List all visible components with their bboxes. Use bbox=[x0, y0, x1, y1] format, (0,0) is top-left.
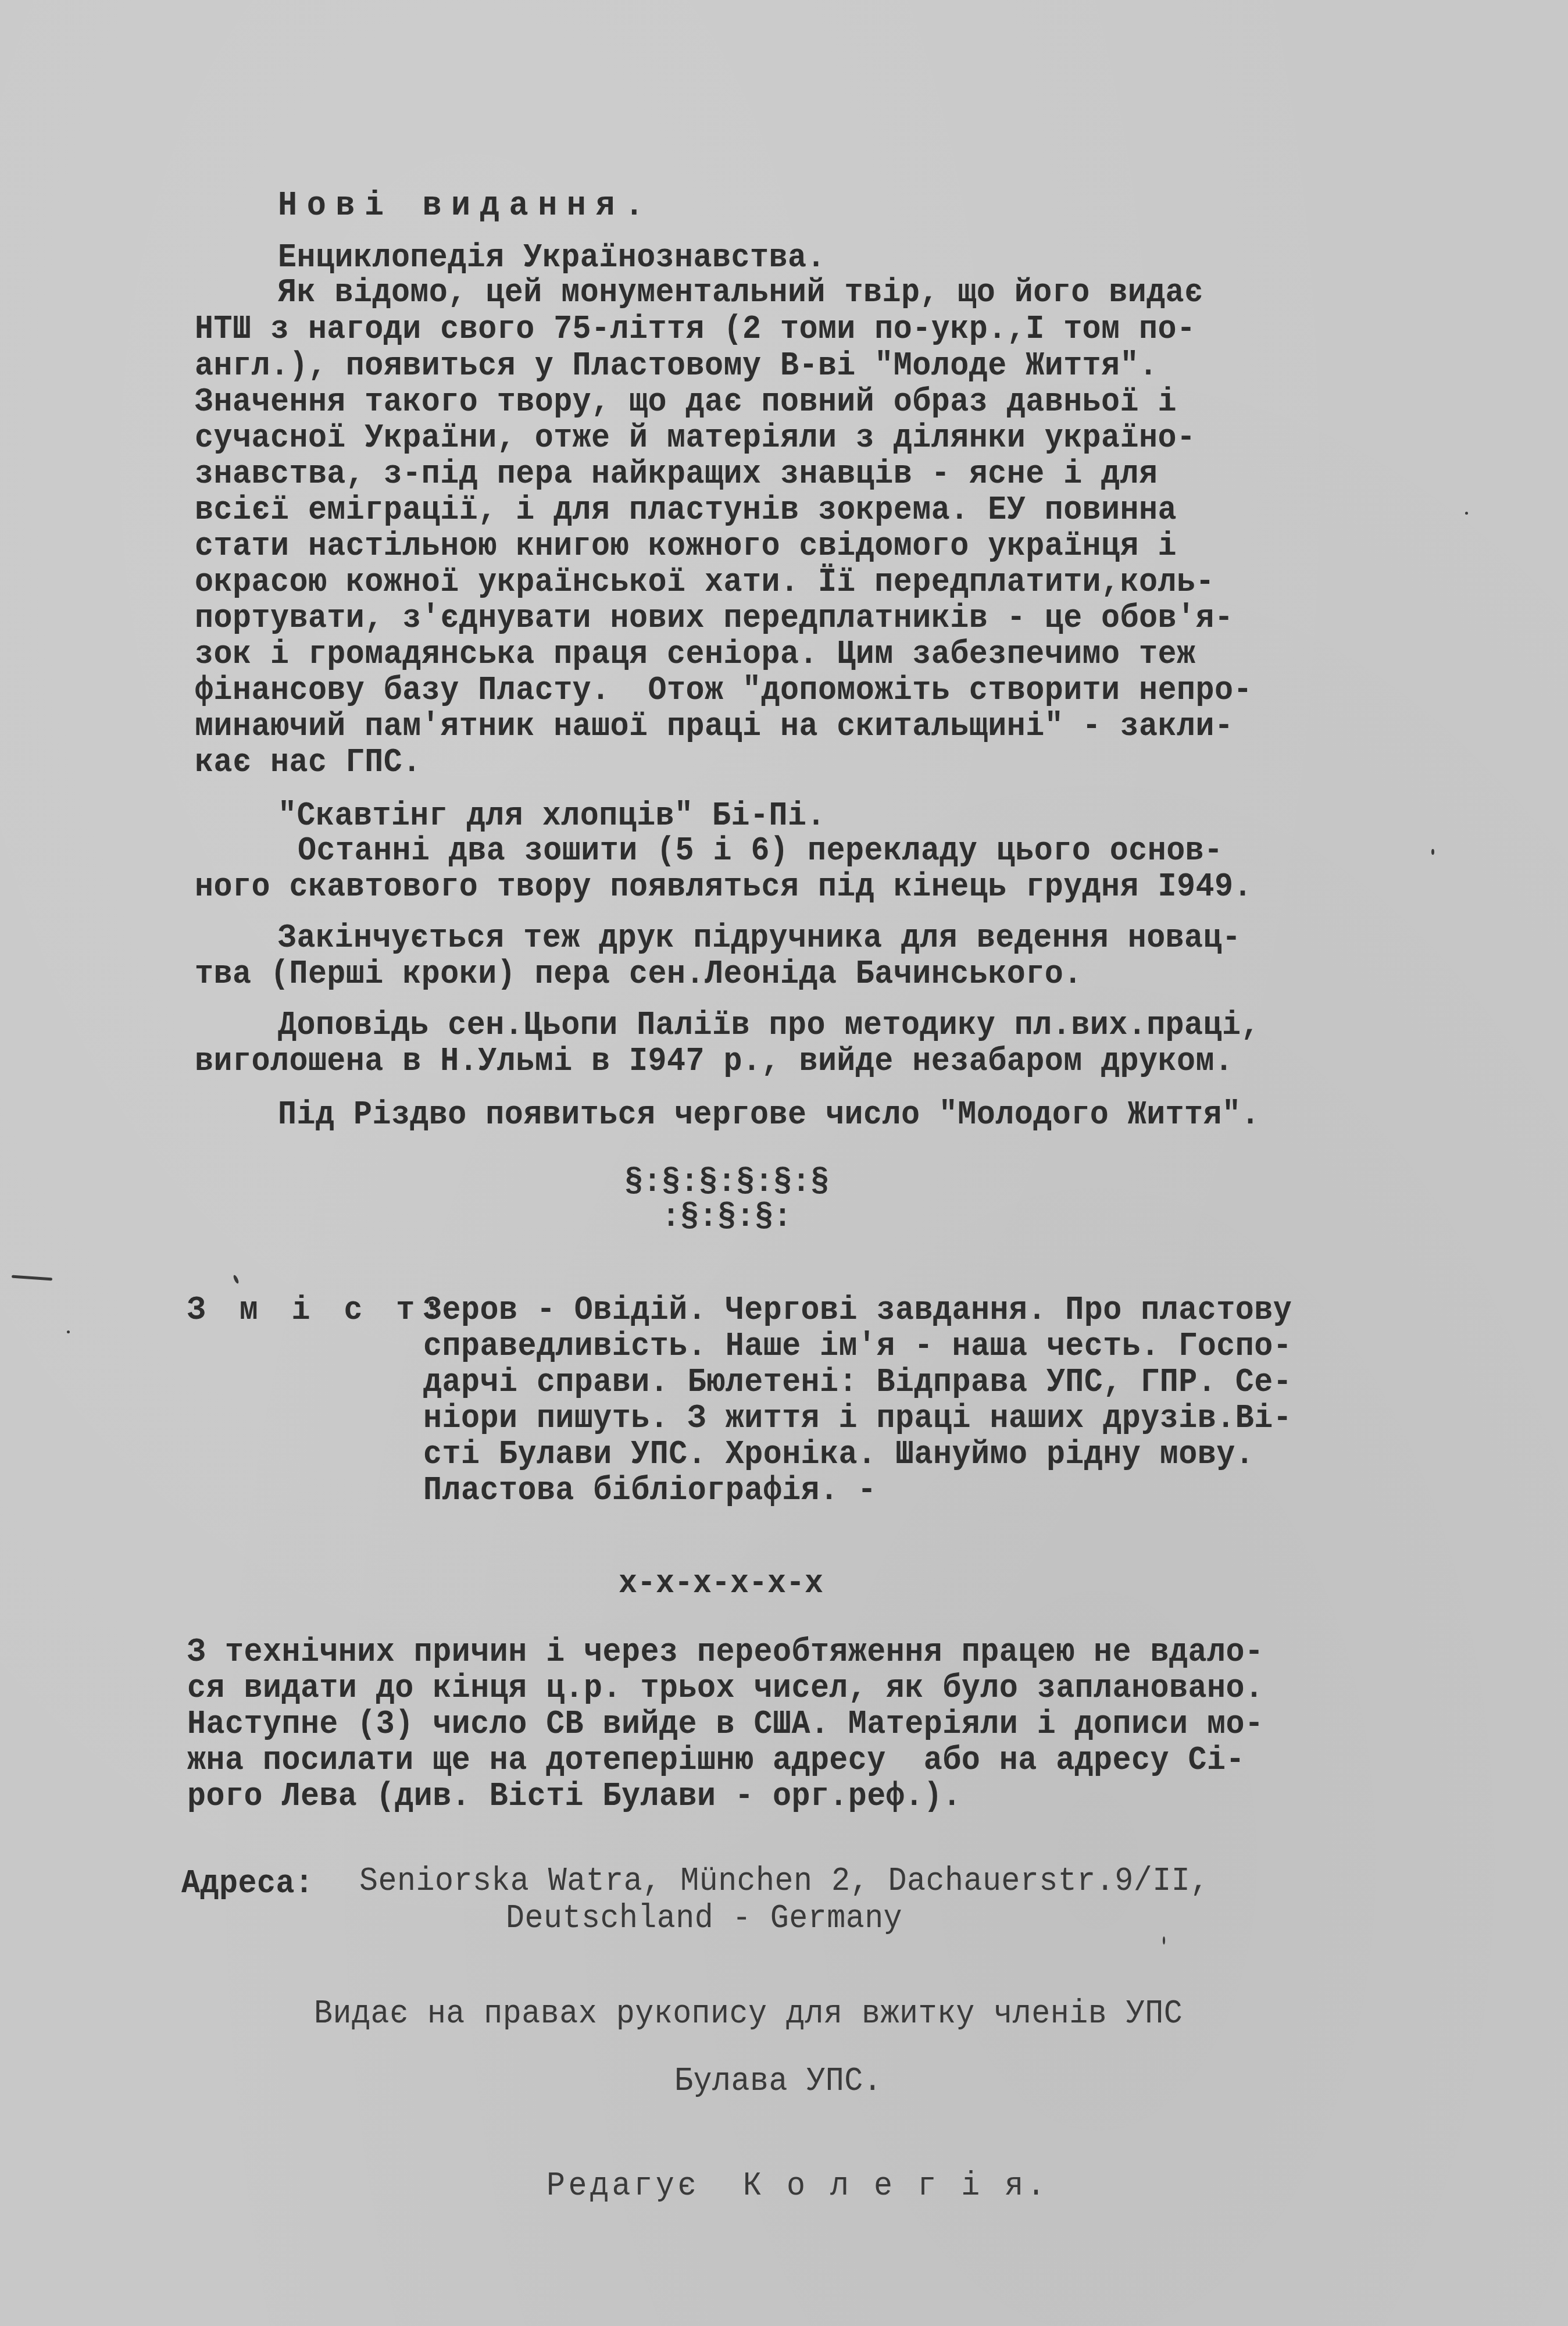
notice-line: ся видати до кінця ц.р. трьох чисел, як … bbox=[187, 1670, 1263, 1707]
contents-line: Зеров - Овідій. Чергові завдання. Про пл… bbox=[423, 1292, 1292, 1329]
notice-line: З технічних причин і через переобтяження… bbox=[187, 1634, 1263, 1671]
encyclopedia-line: стати настільною книгою кожного свідомог… bbox=[195, 528, 1177, 565]
contents-label: З м і с т: bbox=[187, 1292, 448, 1329]
encyclopedia-line: сучасної України, отже й матеріяли з діл… bbox=[195, 420, 1196, 457]
encyclopedia-heading: Енциклопедія Українознавства. bbox=[278, 240, 826, 277]
encyclopedia-line: знавства, з-під пера найкращих знавців -… bbox=[195, 456, 1158, 493]
contents-line: ніори пишуть. З життя і праці наших друз… bbox=[423, 1400, 1292, 1437]
paper-mark bbox=[1163, 1936, 1165, 1945]
section-title: Нові видання. bbox=[278, 187, 653, 224]
encyclopedia-line: Як відомо, цей монументальний твір, що й… bbox=[278, 274, 1203, 312]
encyclopedia-line: фінансову базу Пласту. Отож "допоможіть … bbox=[195, 672, 1252, 709]
notice-line: Наступне (3) число СВ вийде в США. Матер… bbox=[187, 1706, 1263, 1743]
separator: x-x-x-x-x-x bbox=[571, 1567, 870, 1601]
encyclopedia-line: окрасою кожної української хати. Її пере… bbox=[195, 564, 1215, 601]
encyclopedia-line: всієї еміграції, і для пластунів зокрема… bbox=[195, 492, 1177, 529]
ornament-row: §:§:§:§:§:§ bbox=[598, 1165, 855, 1200]
editor-line: Редагує К о л е г і я. bbox=[547, 2168, 1048, 2205]
address-line: Seniorska Watra, München 2, Dachauerstr.… bbox=[359, 1863, 1209, 1900]
address-label: Адреса: bbox=[181, 1865, 313, 1903]
encyclopedia-line: Значення такого твору, що дає повний обр… bbox=[195, 384, 1177, 421]
address-line: Deutschland - Germany bbox=[506, 1900, 902, 1938]
encyclopedia-line: НТШ з нагоди свого 75-ліття (2 томи по-у… bbox=[195, 311, 1196, 348]
contents-line: Пластова бібліографія. - bbox=[423, 1472, 877, 1510]
notice-line: рого Лева (див. Вісті Булави - орг.реф.)… bbox=[187, 1778, 962, 1815]
encyclopedia-line: портувати, з'єднувати нових передплатник… bbox=[195, 600, 1233, 637]
paper-mark bbox=[1431, 849, 1434, 855]
scouting-line: ного скавтового твору появляться під кін… bbox=[195, 869, 1252, 906]
scouting-heading: "Скавтінг для хлопців" Бі-Пі. bbox=[278, 798, 826, 835]
scouting-line: Останні два зошити (5 і 6) перекладу цьо… bbox=[298, 833, 1223, 870]
christmas-line: Під Різдво появиться чергове число "Моло… bbox=[278, 1097, 1260, 1134]
encyclopedia-line: минаючий пам'ятник нашої праці на скитал… bbox=[195, 708, 1233, 745]
encyclopedia-line: англ.), появиться у Пластовому В-ві "Мол… bbox=[195, 348, 1158, 385]
notice-line: жна посилати ще на дотеперішню адресу аб… bbox=[187, 1742, 1245, 1779]
paper-mark bbox=[12, 1275, 52, 1281]
contents-line: справедливість. Наше ім'я - наша честь. … bbox=[423, 1328, 1292, 1365]
publisher: Булава УПС. bbox=[674, 2063, 882, 2100]
paper-mark bbox=[233, 1274, 240, 1284]
paper-mark bbox=[1465, 512, 1468, 515]
report-line: Доповідь сен.Цьопи Паліїв про методику п… bbox=[278, 1007, 1260, 1044]
document-page: Нові видання. Енциклопедія Українознавст… bbox=[0, 0, 1568, 2326]
contents-line: сті Булави УПС. Хроніка. Шануймо рідну м… bbox=[423, 1436, 1254, 1474]
report-line: виголошена в Н.Ульмі в I947 р., вийде не… bbox=[195, 1043, 1233, 1080]
contents-line: дарчі справи. Бюлетені: Відправа УПС, ГП… bbox=[423, 1364, 1292, 1401]
handbook-line: тва (Перші кроки) пера сен.Леоніда Бачин… bbox=[195, 956, 1083, 993]
ornament-row: :§:§:§: bbox=[598, 1200, 855, 1235]
paper-mark bbox=[67, 1330, 70, 1333]
publisher-note: Видає на правах рукопису для вжитку член… bbox=[314, 1996, 1183, 2033]
encyclopedia-line: кає нас ГПС. bbox=[195, 744, 422, 782]
handbook-line: Закінчується теж друк підручника для вед… bbox=[278, 920, 1241, 957]
encyclopedia-line: зок і громадянська праця сеніора. Цим за… bbox=[195, 636, 1196, 673]
